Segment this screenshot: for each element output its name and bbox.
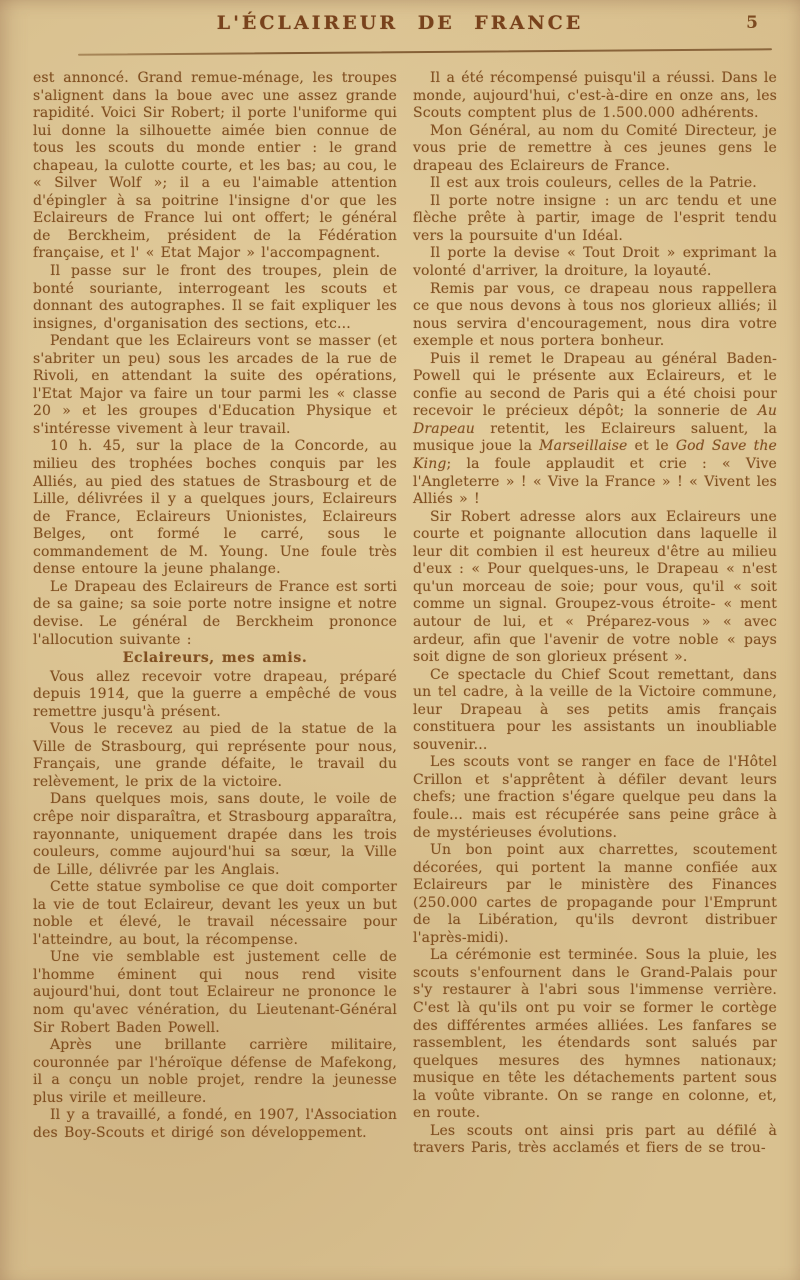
text-run: Puis il remet le Drapeau au général Bade… [413, 351, 777, 420]
paragraph: Un bon point aux charrettes, scoutement … [413, 842, 777, 947]
masthead: L'ÉCLAIREUR DE FRANCE 5 [0, 8, 800, 42]
page-number: 5 [746, 13, 758, 33]
paragraph: Puis il remet le Drapeau au général Bade… [413, 351, 777, 509]
text-run: Mon Général, au nom du Comité Directeur,… [413, 123, 777, 174]
paragraph: Vous le recevez au pied de la statue de … [33, 721, 397, 791]
text-run: Il porte la devise « Tout Droit » exprim… [413, 245, 777, 279]
paragraph: Sir Robert adresse alors aux Eclaireurs … [413, 509, 777, 667]
text-run: Il porte notre insigne : un arc tendu et… [413, 193, 777, 244]
text-run: Les scouts ont ainsi pris part au défilé… [413, 1123, 777, 1157]
text-run: Remis par vous, ce drapeau nous rappelle… [413, 281, 777, 350]
masthead-rule [78, 48, 772, 55]
text-run: Le Drapeau des Eclaireurs de France est … [33, 579, 397, 648]
text-run: ; la foule applaudit et crie : « Vive l'… [413, 456, 777, 507]
newspaper-page: L'ÉCLAIREUR DE FRANCE 5 est annoncé. Gra… [0, 0, 800, 1280]
left-column: est annoncé. Grand remue-ménage, les tro… [33, 70, 397, 1275]
text-run: 10 h. 45, sur la place de la Concorde, a… [33, 438, 397, 577]
text-run: Les scouts vont se ranger en face de l'H… [413, 754, 777, 840]
paragraph: Pendant que les Eclaireurs vont se masse… [33, 333, 397, 438]
article-body: est annoncé. Grand remue-ménage, les tro… [33, 70, 777, 1275]
paragraph: Il y a travaillé, a fondé, en 1907, l'As… [33, 1107, 397, 1142]
paragraph: La cérémonie est terminée. Sous la pluie… [413, 947, 777, 1122]
text-run: Il y a travaillé, a fondé, en 1907, l'As… [33, 1107, 397, 1141]
paragraph: Cette statue symbolise ce que doit compo… [33, 879, 397, 949]
newspaper-title: L'ÉCLAIREUR DE FRANCE [0, 12, 800, 34]
paragraph: Il passe sur le front des troupes, plein… [33, 263, 397, 333]
text-run: Pendant que les Eclaireurs vont se masse… [33, 333, 397, 437]
text-run: Il est aux trois couleurs, celles de la … [430, 175, 757, 191]
text-run: Vous le recevez au pied de la statue de … [33, 721, 397, 790]
text-run: La cérémonie est terminée. Sous la pluie… [413, 947, 777, 1121]
paragraph: Après une brillante carrière militaire, … [33, 1037, 397, 1107]
text-run: Dans quelques mois, sans doute, le voile… [33, 791, 397, 877]
text-run: Il passe sur le front des troupes, plein… [33, 263, 397, 332]
paragraph: Ce spectacle du Chief Scout remettant, d… [413, 667, 777, 755]
text-run: Ce spectacle du Chief Scout remettant, d… [413, 667, 777, 753]
paragraph: Les scouts vont se ranger en face de l'H… [413, 754, 777, 842]
paragraph: Le Drapeau des Eclaireurs de France est … [33, 579, 397, 649]
paragraph: Il porte notre insigne : un arc tendu et… [413, 193, 777, 246]
text-run: Un bon point aux charrettes, scoutement … [413, 842, 777, 946]
text-run: et le [628, 438, 676, 454]
paragraph: Les scouts ont ainsi pris part au défilé… [413, 1123, 777, 1158]
text-run: Eclaireurs, mes amis. [123, 650, 308, 666]
text-run: Une vie semblable est justement celle de… [33, 949, 397, 1035]
paragraph: Une vie semblable est justement celle de… [33, 949, 397, 1037]
text-run: Sir Robert adresse alors aux Eclaireurs … [413, 509, 777, 665]
text-run: est annoncé. Grand remue-ménage, les tro… [33, 70, 397, 261]
section-heading: Eclaireurs, mes amis. [33, 650, 397, 668]
right-column: Il a été récompensé puisqu'il a réussi. … [413, 70, 777, 1275]
text-run: Cette statue symbolise ce que doit compo… [33, 879, 397, 948]
paragraph: Dans quelques mois, sans doute, le voile… [33, 791, 397, 879]
paragraph: Vous allez recevoir votre drapeau, prépa… [33, 669, 397, 722]
text-run: Après une brillante carrière militaire, … [33, 1037, 397, 1106]
paragraph: 10 h. 45, sur la place de la Concorde, a… [33, 438, 397, 578]
paragraph: Mon Général, au nom du Comité Directeur,… [413, 123, 777, 176]
text-run: Vous allez recevoir votre drapeau, prépa… [33, 669, 397, 720]
paragraph: est annoncé. Grand remue-ménage, les tro… [33, 70, 397, 263]
italic-text: Marseillaise [539, 438, 627, 454]
text-run: Il a été récompensé puisqu'il a réussi. … [413, 70, 777, 121]
paragraph: Remis par vous, ce drapeau nous rappelle… [413, 281, 777, 351]
paragraph: Il a été récompensé puisqu'il a réussi. … [413, 70, 777, 123]
paragraph: Il porte la devise « Tout Droit » exprim… [413, 245, 777, 280]
paragraph: Il est aux trois couleurs, celles de la … [413, 175, 777, 193]
